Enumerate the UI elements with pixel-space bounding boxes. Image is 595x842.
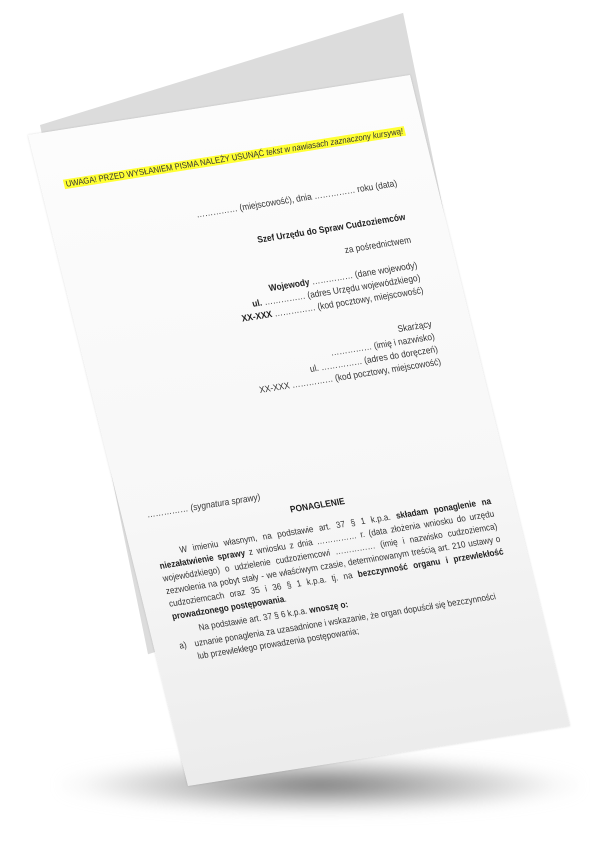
recipient-via: za pośrednictwem <box>343 234 412 255</box>
warning-suffix: tekst w nawiasach zaznaczony kursywą! <box>265 126 404 157</box>
warning-highlight: UWAGA! PRZED WYSŁANIEM PISMA NALEŻY USUN… <box>63 126 406 189</box>
place-date-line: …………… (miejscowość), dnia …………… roku (da… <box>195 178 398 220</box>
postal-label: XX-XXX <box>240 308 273 323</box>
warning-prefix: UWAGA! PRZED WYSŁANIEM PISMA NALEŻY USUN… <box>65 148 266 189</box>
document-page: UWAGA! PRZED WYSŁANIEM PISMA NALEŻY USUN… <box>28 75 570 786</box>
